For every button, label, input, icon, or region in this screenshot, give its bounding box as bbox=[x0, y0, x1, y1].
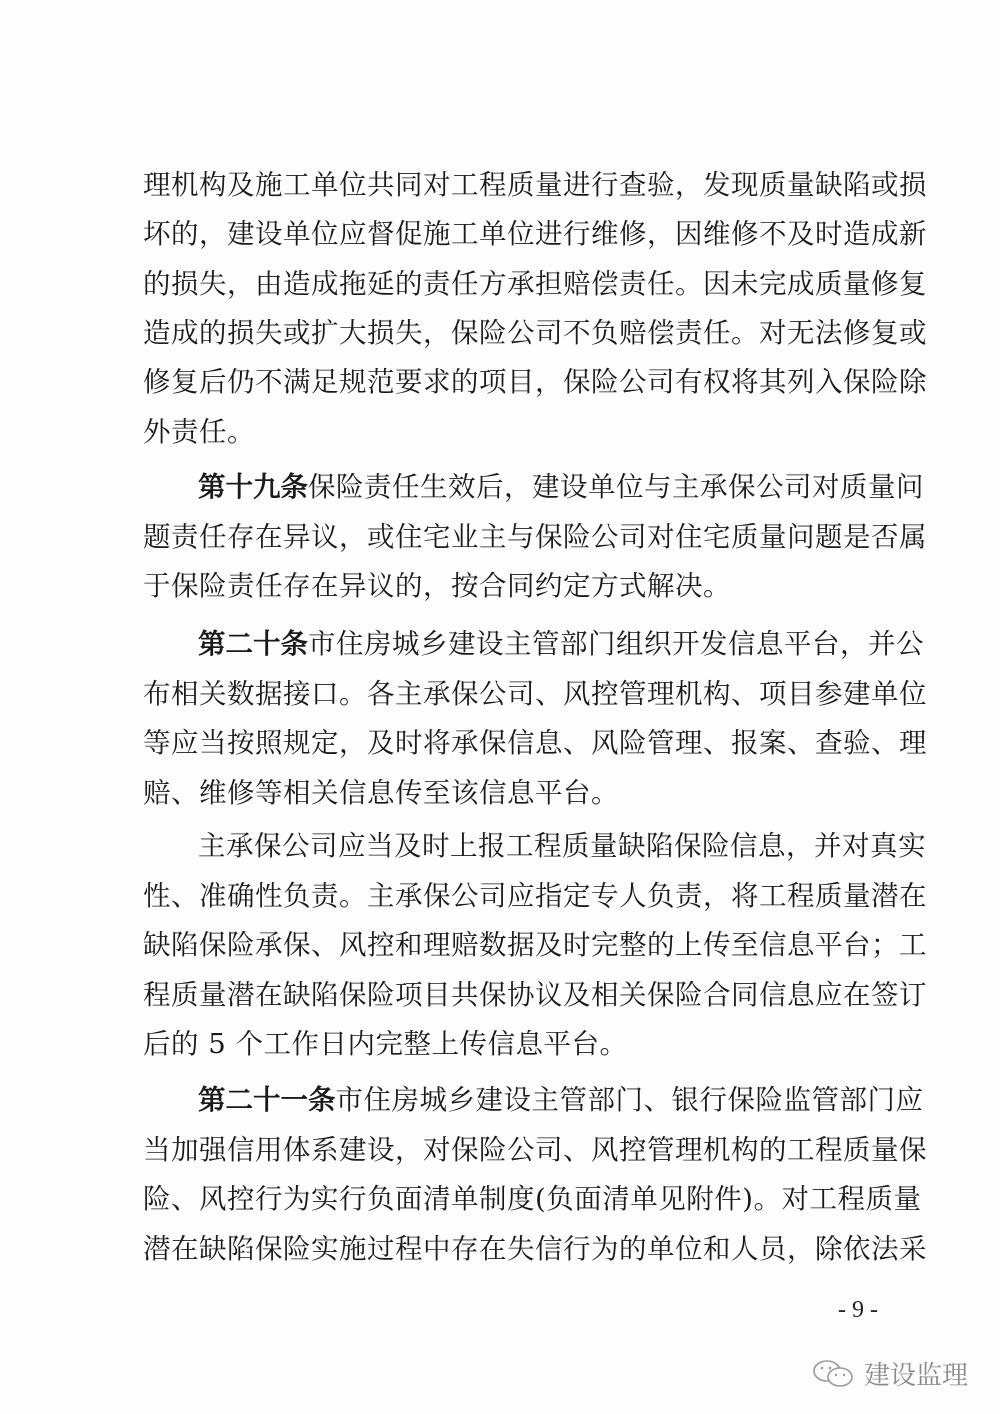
article-text: 市住房城乡建设主管部门组织开发信息平台，并公 bbox=[308, 628, 924, 660]
watermark-text: 建设监理 bbox=[864, 1355, 968, 1392]
paragraph-first-line: 主承保公司应当及时上报工程质量缺陷保险信息，并对真实 bbox=[198, 828, 887, 864]
text-line: 坏的，建设单位应督促施工单位进行维修，因维修不及时造成新 bbox=[143, 216, 887, 252]
text-line: 题责任存在异议，或住宅业主与保险公司对住宅质量问题是否属 bbox=[143, 519, 887, 555]
text-line: 布相关数据接口。各主承保公司、风控管理机构、项目参建单位 bbox=[143, 676, 887, 712]
text-line: 修复后仍不满足规范要求的项目，保险公司有权将其列入保险除 bbox=[143, 364, 887, 400]
article-20-first-line: 第二十条市住房城乡建设主管部门组织开发信息平台，并公 bbox=[198, 626, 887, 662]
text-line: 等应当按照规定，及时将承保信息、风险管理、报案、查验、理 bbox=[143, 725, 887, 761]
wechat-icon bbox=[812, 1359, 856, 1389]
text-line: 险、风控行为实行负面清单制度(负面清单见附件)。对工程质量 bbox=[143, 1181, 887, 1217]
text-line: 缺陷保险承保、风控和理赔数据及时完整的上传至信息平台；工 bbox=[143, 927, 887, 963]
text-line: 赔、维修等相关信息传至该信息平台。 bbox=[143, 775, 887, 811]
article-heading: 第二十条 bbox=[198, 628, 308, 660]
text-line: 理机构及施工单位共同对工程质量进行查验，发现质量缺陷或损 bbox=[143, 167, 887, 203]
article-text: 保险责任生效后，建设单位与主承保公司对质量问 bbox=[308, 471, 924, 503]
text-line: 外责任。 bbox=[143, 414, 887, 450]
text-line: 于保险责任存在异议的，按合同约定方式解决。 bbox=[143, 568, 887, 604]
watermark: 建设监理 bbox=[812, 1355, 968, 1392]
text-line: 造成的损失或扩大损失，保险公司不负赔偿责任。对无法修复或 bbox=[143, 315, 887, 351]
article-heading: 第二十一条 bbox=[198, 1084, 336, 1116]
text-line: 程质量潜在缺陷保险项目共保协议及相关保险合同信息应在签订 bbox=[143, 977, 887, 1013]
text-line: 后的 5 个工作日内完整上传信息平台。 bbox=[143, 1026, 887, 1062]
page-number: - 9 - bbox=[838, 1297, 878, 1324]
article-text: 市住房城乡建设主管部门、银行保险监管部门应 bbox=[336, 1084, 924, 1116]
text-line: 当加强信用体系建设，对保险公司、风控管理机构的工程质量保 bbox=[143, 1132, 887, 1168]
article-19-first-line: 第十九条保险责任生效后，建设单位与主承保公司对质量问 bbox=[198, 469, 887, 505]
text-line: 潜在缺陷保险实施过程中存在失信行为的单位和人员，除依法采 bbox=[143, 1231, 887, 1267]
article-21-first-line: 第二十一条市住房城乡建设主管部门、银行保险监管部门应 bbox=[198, 1082, 887, 1118]
document-page: 理机构及施工单位共同对工程质量进行查验，发现质量缺陷或损 坏的，建设单位应督促施… bbox=[0, 0, 1000, 1414]
text-line: 的损失，由造成拖延的责任方承担赔偿责任。因未完成质量修复 bbox=[143, 266, 887, 302]
article-heading: 第十九条 bbox=[198, 471, 308, 503]
text-line: 性、准确性负责。主承保公司应指定专人负责，将工程质量潜在 bbox=[143, 878, 887, 914]
